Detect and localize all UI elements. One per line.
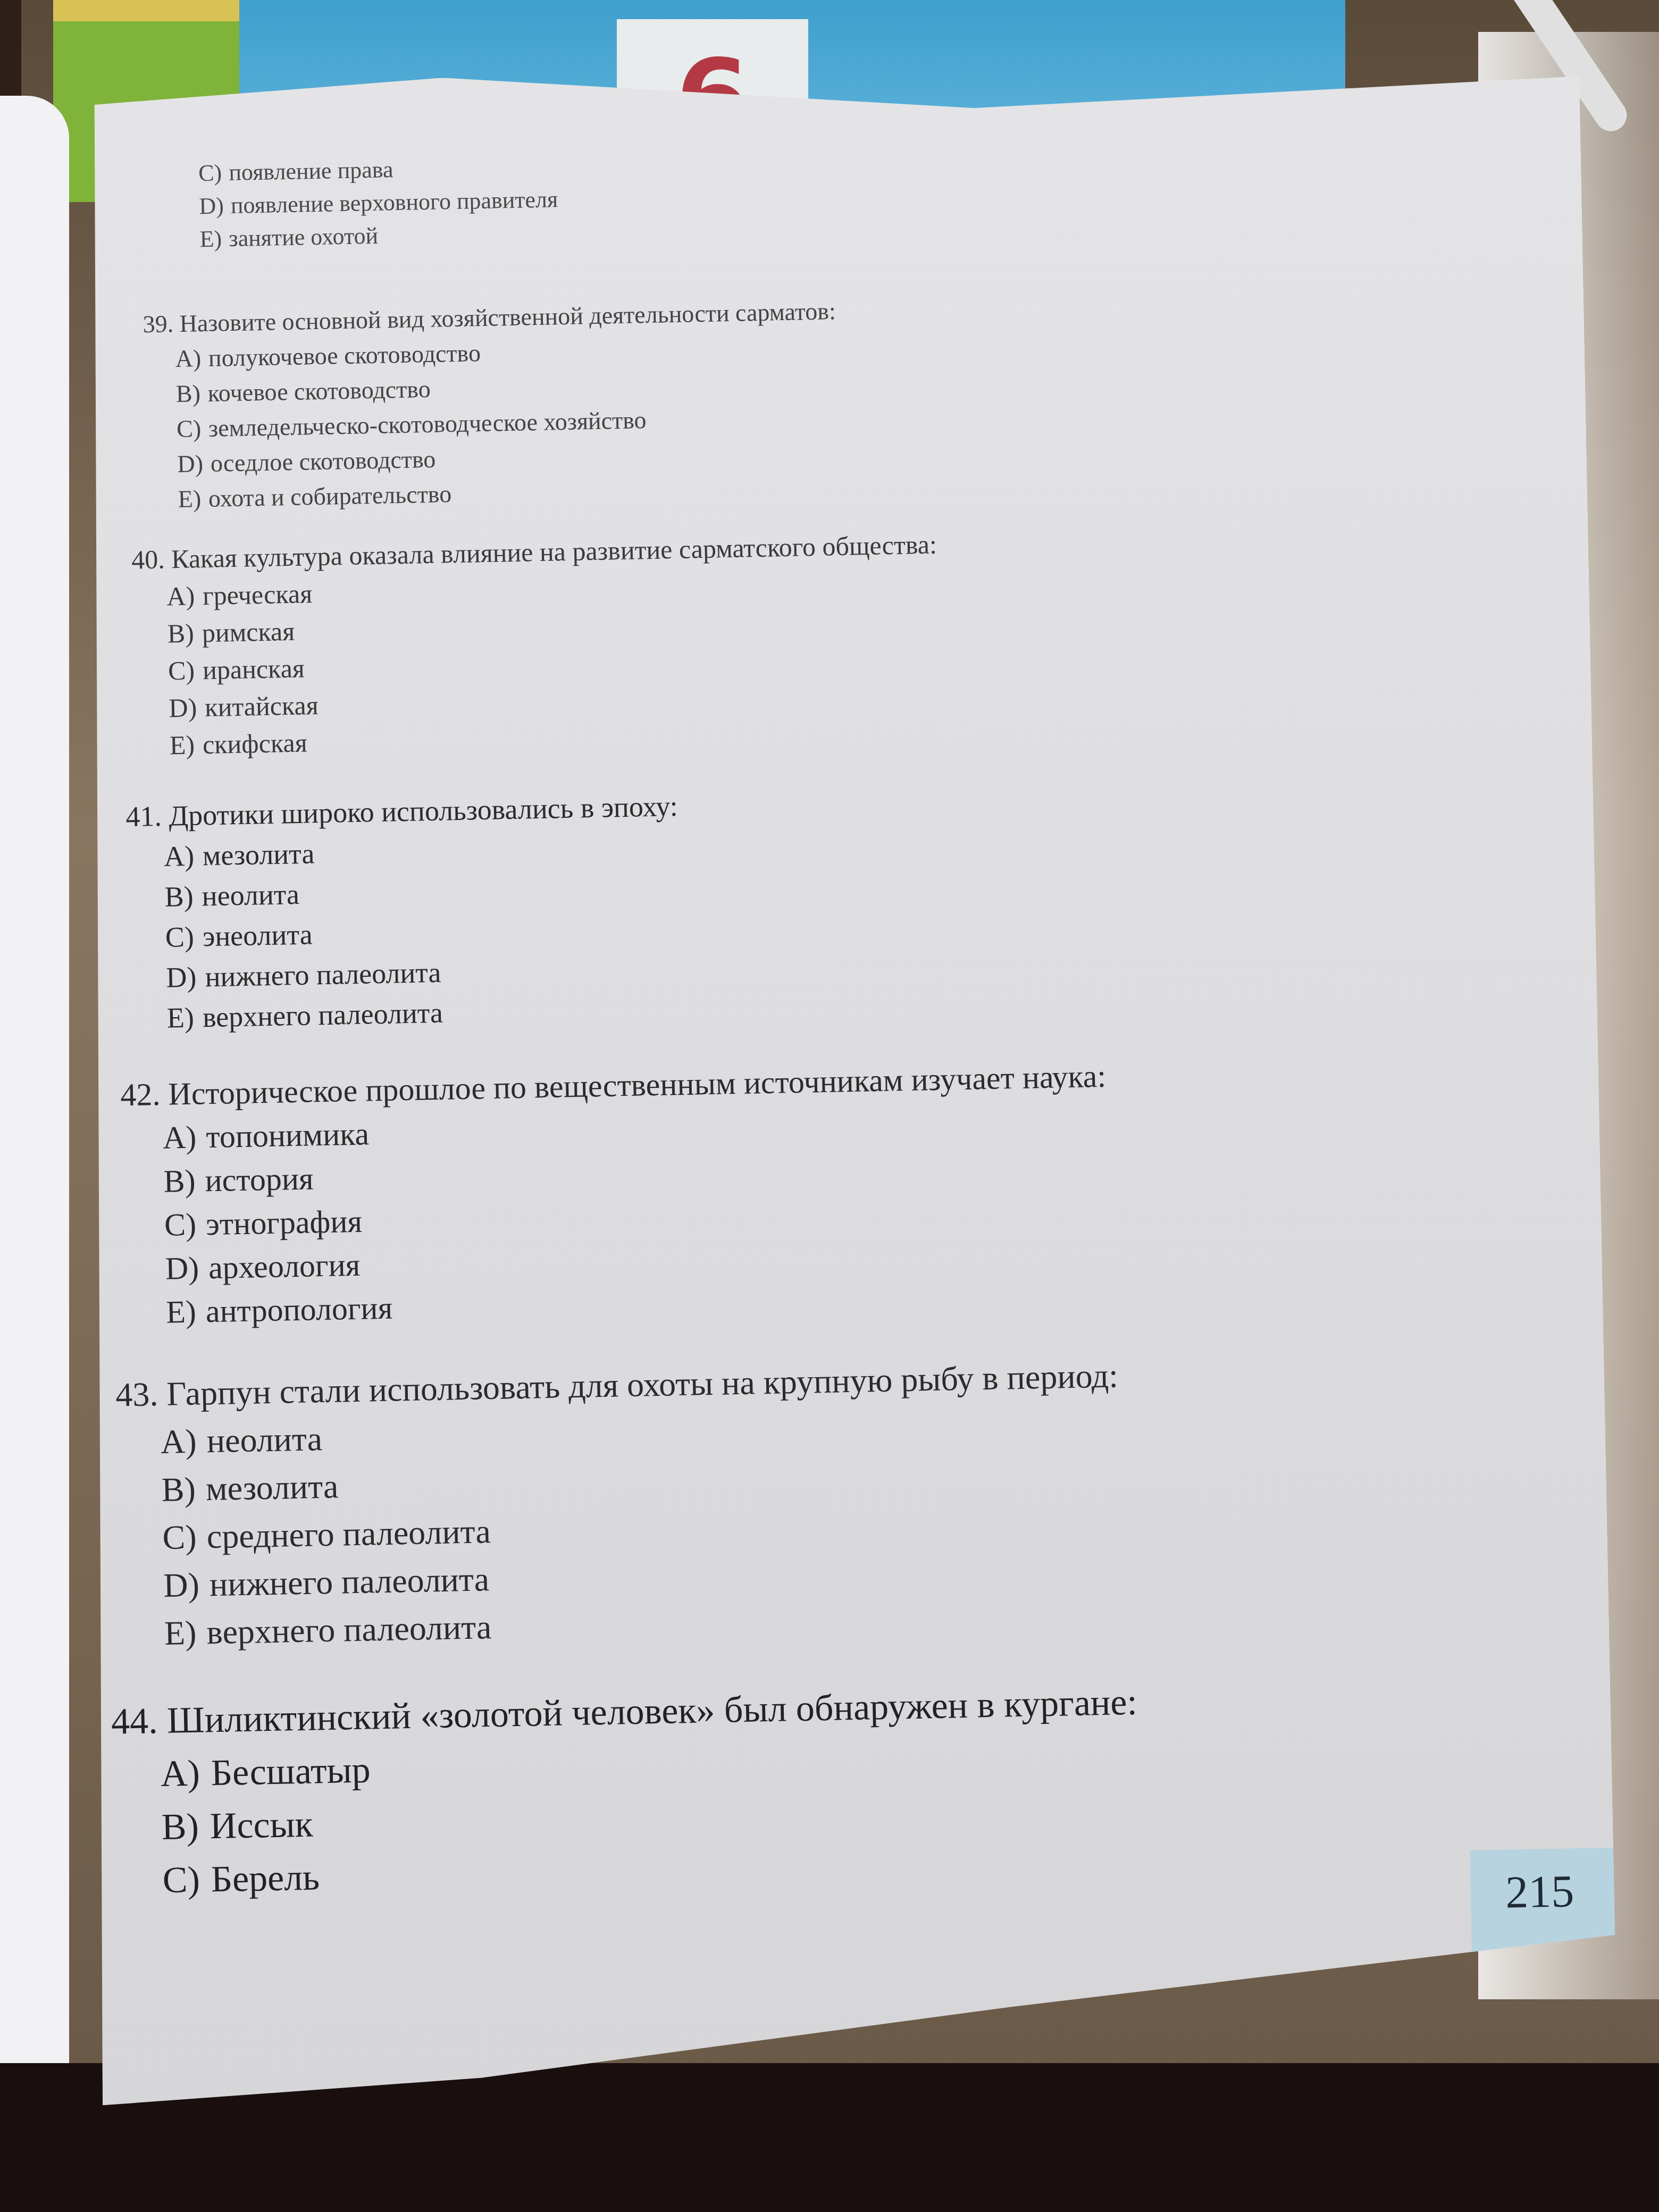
option-letter: B) xyxy=(167,614,194,652)
option-letter: D) xyxy=(199,189,224,223)
option-letter: B) xyxy=(164,876,194,917)
question-39: 39.Назовите основной вид хозяйственной д… xyxy=(143,294,840,517)
adjacent-page-edge xyxy=(0,96,69,2063)
option-letter: B) xyxy=(175,376,200,412)
option-text: антропология xyxy=(205,1291,392,1329)
option-letter: D) xyxy=(163,1561,200,1610)
option-text: кочевое скотоводство xyxy=(207,375,431,407)
option-letter: B) xyxy=(161,1800,199,1854)
option-text: появление права xyxy=(229,156,393,186)
option-d: D)появление верховного правителя xyxy=(199,183,558,223)
option-text: занятие охотой xyxy=(229,223,379,252)
question-text: Дротики широко использовались в эпоху: xyxy=(169,790,678,832)
option-text: археология xyxy=(208,1247,360,1285)
test-page: C)появление права D)появление верховного… xyxy=(64,56,1618,2105)
option-text: неолита xyxy=(202,878,299,912)
option-text: греческая xyxy=(203,579,313,610)
option-text: появление верховного правителя xyxy=(231,186,558,219)
question-42: 42.Историческое прошлое по вещественным … xyxy=(120,1054,1111,1335)
option-text: нижнего палеолита xyxy=(209,1560,489,1603)
option-letter: C) xyxy=(164,1203,197,1247)
option-letter: D) xyxy=(165,1246,199,1291)
option-text: верхнего палеолита xyxy=(202,997,443,1034)
option-text: среднего палеолита xyxy=(206,1512,491,1555)
option-letter: E) xyxy=(178,481,202,517)
option-letter: B) xyxy=(163,1159,196,1203)
option-letter: A) xyxy=(162,1116,197,1160)
question-number: 42. xyxy=(120,1073,161,1117)
option-letter: E) xyxy=(199,222,222,256)
question-number: 44. xyxy=(111,1695,158,1749)
option-letter: A) xyxy=(175,341,202,376)
option-letter: C) xyxy=(198,156,222,190)
option-text: этнография xyxy=(206,1204,363,1242)
option-letter: C) xyxy=(168,651,195,689)
question-number: 43. xyxy=(115,1370,158,1419)
option-text: полукочевое скотоводство xyxy=(208,339,481,372)
option-text: земледельческо-скотоводческое хозяйство xyxy=(208,406,647,442)
option-letter: E) xyxy=(166,998,194,1038)
question-40: 40.Какая культура оказала влияние на раз… xyxy=(131,526,941,765)
option-letter: E) xyxy=(164,1609,197,1657)
option-letter: E) xyxy=(166,1290,197,1334)
option-letter: A) xyxy=(166,577,195,615)
option-letter: A) xyxy=(160,1747,200,1801)
question-43: 43.Гарпун стали использовать для охоты н… xyxy=(115,1352,1123,1658)
option-text: топонимика xyxy=(206,1116,370,1154)
option-text: Бесшатыр xyxy=(211,1750,371,1794)
option-letter: D) xyxy=(166,957,197,998)
option-text: римская xyxy=(202,616,295,648)
option-letter: A) xyxy=(160,1418,197,1466)
option-text: Берель xyxy=(211,1857,320,1900)
option-letter: C) xyxy=(177,411,202,447)
option-text: мезолита xyxy=(205,1468,338,1508)
option-letter: E) xyxy=(169,726,195,764)
option-letter: C) xyxy=(162,1854,200,1907)
option-text: энеолита xyxy=(203,918,313,952)
option-text: скифская xyxy=(203,727,308,759)
option-letter: A) xyxy=(163,836,194,877)
option-text: верхнего палеолита xyxy=(206,1608,492,1651)
question-number: 40. xyxy=(131,541,165,579)
option-text: история xyxy=(205,1161,314,1198)
option-letter: C) xyxy=(165,917,194,958)
option-text: охота и собирательство xyxy=(208,480,452,512)
option-text: нижнего палеолита xyxy=(205,957,441,993)
question-41: 41.Дротики широко использовались в эпоху… xyxy=(125,786,682,1039)
option-text: оседлое скотоводство xyxy=(210,446,435,477)
option-text: китайская xyxy=(205,690,319,722)
option-text: Иссык xyxy=(210,1804,313,1847)
question-number: 39. xyxy=(143,306,174,342)
option-letter: C) xyxy=(162,1513,197,1562)
option-text: мезолита xyxy=(203,837,315,872)
page-number: 215 xyxy=(1481,1864,1599,1919)
option-e: E)занятие охотой xyxy=(199,216,559,256)
option-text: неолита xyxy=(206,1420,322,1460)
option-text: иранская xyxy=(203,653,305,685)
question-38-continued: C)появление права D)появление верховного… xyxy=(198,150,559,256)
option-letter: D) xyxy=(177,446,204,482)
option-letter: D) xyxy=(169,689,197,726)
question-number: 41. xyxy=(125,796,162,837)
question-44: 44.Шиликтинский «золотой человек» был об… xyxy=(111,1676,1141,1908)
option-letter: B) xyxy=(161,1465,196,1514)
